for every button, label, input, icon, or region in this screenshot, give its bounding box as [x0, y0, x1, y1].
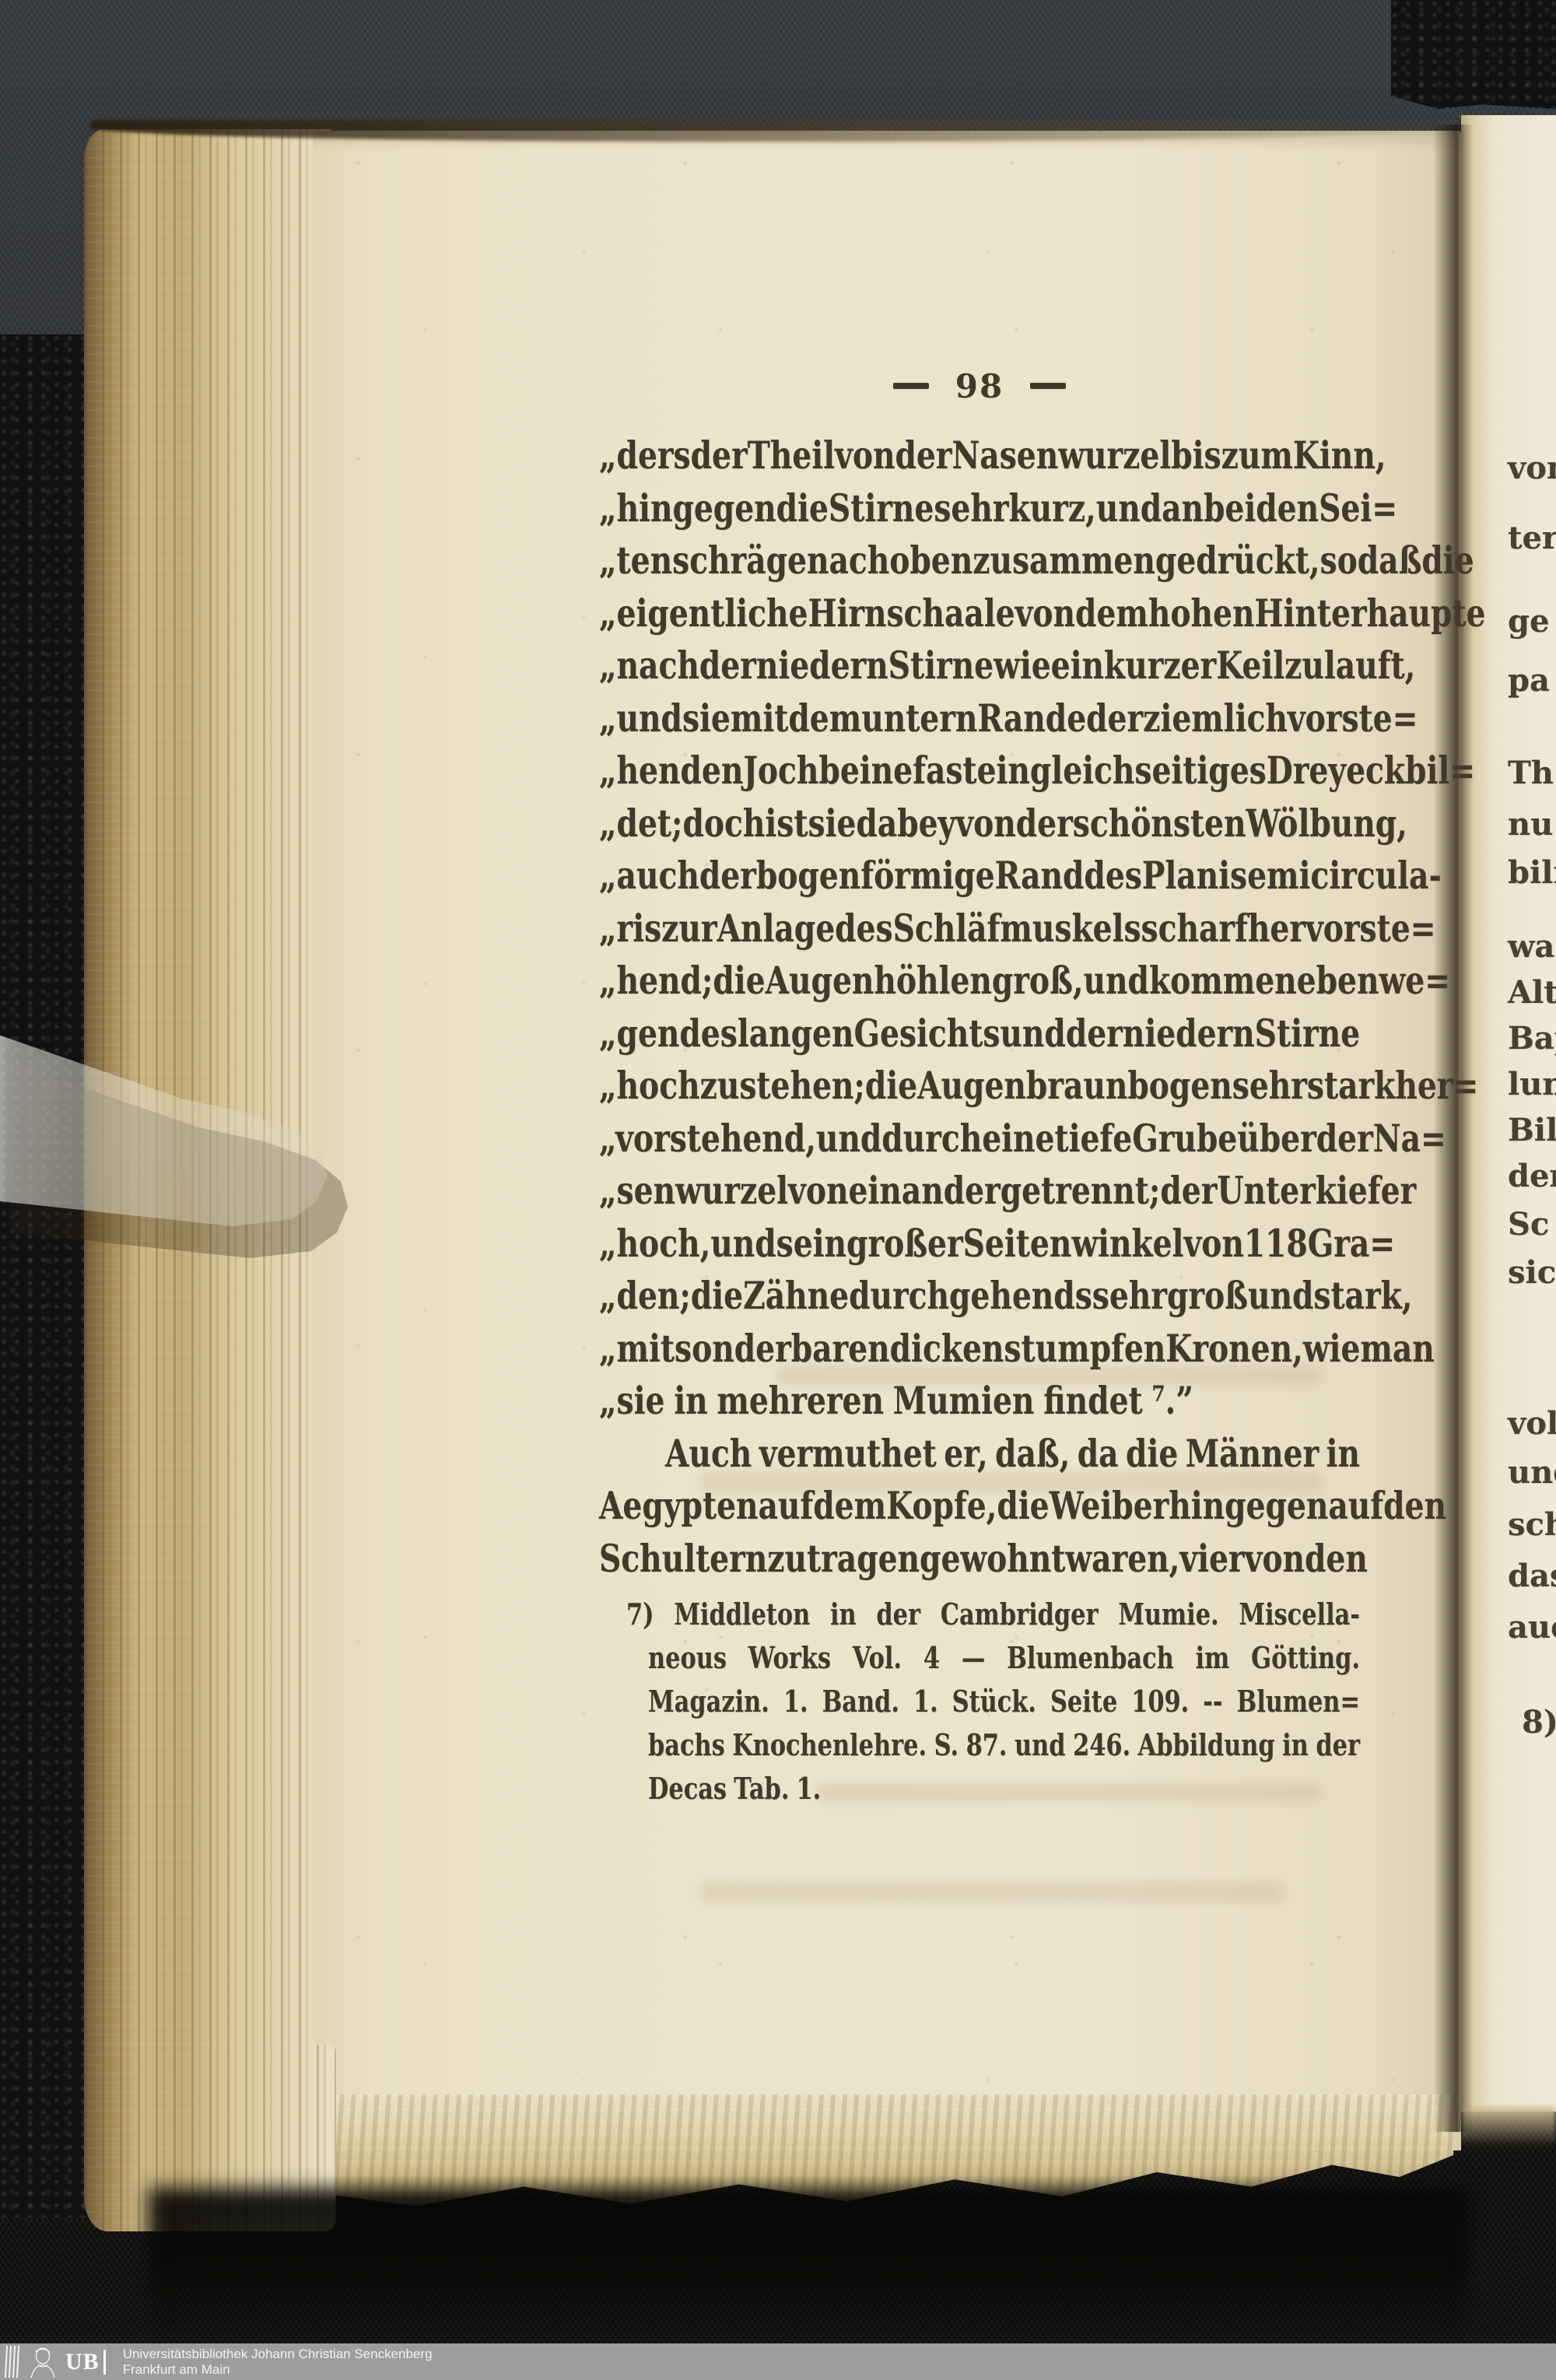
- facing-page-word-fragment: bili: [1508, 854, 1556, 891]
- facing-page-word-fragment: Bap: [1508, 1020, 1556, 1057]
- body-text-line: Schulternzutragengewohntwaren,viervonden: [599, 1536, 1360, 1584]
- book-scan-page: 98 „dersderTheilvonderNasenwurzelbiszumK…: [0, 0, 1556, 2380]
- facing-page-word-fragment: sich: [1508, 1254, 1556, 1291]
- body-text-line: „vorstehend,unddurcheinetiefeGrubeüberde…: [599, 1116, 1360, 1164]
- body-text-line: Auchvermutheter,daß,dadieMännerin: [665, 1431, 1360, 1479]
- footnote-text-line: DecasTab.1.: [648, 1771, 1360, 1808]
- page-number: 98: [955, 367, 1004, 405]
- body-text-line: „den;dieZähnedurchgehendssehrgroßundstar…: [599, 1273, 1360, 1321]
- body-text-line: „undsiemitdemunternRandederziemlichvorst…: [599, 696, 1360, 744]
- book-pages-icon: [5, 2346, 19, 2378]
- body-text-line: „auchderbogenförmigeRanddesPlanisemicirc…: [599, 853, 1360, 901]
- library-location: Frankfurt am Main: [123, 2362, 433, 2378]
- page-number-dash-left: [893, 383, 929, 389]
- body-text-line: „senwurzelvoneinandergetrennt;derUnterki…: [599, 1168, 1360, 1216]
- facing-page-word-fragment: Sc: [1508, 1206, 1549, 1243]
- facing-page-word-fragment: lung: [1508, 1066, 1556, 1102]
- facing-page-word-fragment: nu: [1508, 806, 1553, 843]
- body-text-line: „mitsonderbarendickenstumpfenKronen,wiem…: [599, 1326, 1360, 1374]
- facing-page-word-fragment: ge: [1508, 603, 1549, 640]
- facing-page-word-fragment: 8): [1522, 1704, 1556, 1740]
- body-text-line: „hingegendieStirnesehrkurz,undanbeidenSe…: [599, 485, 1360, 534]
- body-text-line: „gendeslangenGesichtsundderniedernStirne: [599, 1011, 1360, 1059]
- page-number-dash-right: [1030, 383, 1066, 389]
- ub-acronym: UB: [65, 2350, 100, 2374]
- facing-page-word-fragment: Bil: [1508, 1112, 1556, 1148]
- logo-divider: [103, 2350, 106, 2375]
- facing-page-word-fragment: auch: [1508, 1609, 1556, 1646]
- body-text-line: „det;dochistsiedabeyvonderschönstenWölbu…: [599, 801, 1360, 849]
- footnote-text-line: neousWorksVol.4—BlumenbachimGötting.: [648, 1640, 1360, 1677]
- body-text-line: „hochzustehen;dieAugenbraunbogensehrstar…: [599, 1063, 1360, 1111]
- body-text-line: „riszurAnlagedesSchläfmuskelsscharfhervo…: [599, 906, 1360, 954]
- facing-page-word-fragment: der: [1508, 1158, 1556, 1194]
- page-number-row: 98: [599, 364, 1360, 408]
- footnote-text-line: 7)MiddletoninderCambridgerMumie.Miscella…: [626, 1597, 1360, 1634]
- library-footer-bar: UB Universitätsbibliothek Johann Christi…: [0, 2343, 1556, 2380]
- facing-page-word-fragment: schr: [1508, 1506, 1556, 1543]
- body-text-line: „hoch,undseingroßerSeitenwinkelvon118Gra…: [599, 1221, 1360, 1269]
- footnote-text-line: Magazin.1.Band.1.Stück.Seite109.--Blumen…: [648, 1684, 1360, 1721]
- body-text-line: AegyptenaufdemKopfe,dieWeiberhingegenauf…: [599, 1483, 1360, 1531]
- facing-page-word-fragment: von: [1508, 450, 1556, 486]
- facing-page-word-fragment: das: [1508, 1558, 1556, 1594]
- body-text-line: „hendenJochbeinefasteingleichseitigesDre…: [599, 748, 1360, 796]
- facing-page-word-fragment: wa: [1508, 928, 1554, 965]
- body-text-line: „eigentlicheHirnschaalevondemhohenHinter…: [599, 591, 1360, 639]
- library-name-block: Universitätsbibliothek Johann Christian …: [123, 2347, 433, 2378]
- facing-page-word-fragment: voll: [1508, 1405, 1556, 1442]
- facing-page-word-fragment: Th: [1508, 755, 1554, 791]
- body-text-line: „sieinmehrerenMumienfindet⁷.”: [599, 1378, 1360, 1426]
- senckenberg-portrait-icon: [22, 2346, 64, 2378]
- facing-page-word-fragment: pa: [1508, 662, 1550, 699]
- body-text-line: „nachderniedernStirnewieeinkurzerKeilzul…: [599, 643, 1360, 691]
- facing-page-word-fragment: Alt: [1508, 974, 1556, 1011]
- library-logo: UB: [5, 2346, 106, 2378]
- facing-page-word-fragment: ter: [1508, 520, 1556, 556]
- library-institution-name: Universitätsbibliothek Johann Christian …: [123, 2347, 433, 2362]
- facing-page-word-fragment: und: [1508, 1454, 1556, 1491]
- body-text-line: „dersderTheilvonderNasenwurzelbiszumKinn…: [599, 433, 1360, 481]
- body-text-line: „hend;dieAugenhöhlengroß,undkommenebenwe…: [599, 958, 1360, 1006]
- footnote-text-line: bachsKnochenlehre.S.87.und246.Abbildungi…: [648, 1727, 1360, 1765]
- body-text-line: „tenschrägenachobenzusammengedrückt,soda…: [599, 538, 1360, 586]
